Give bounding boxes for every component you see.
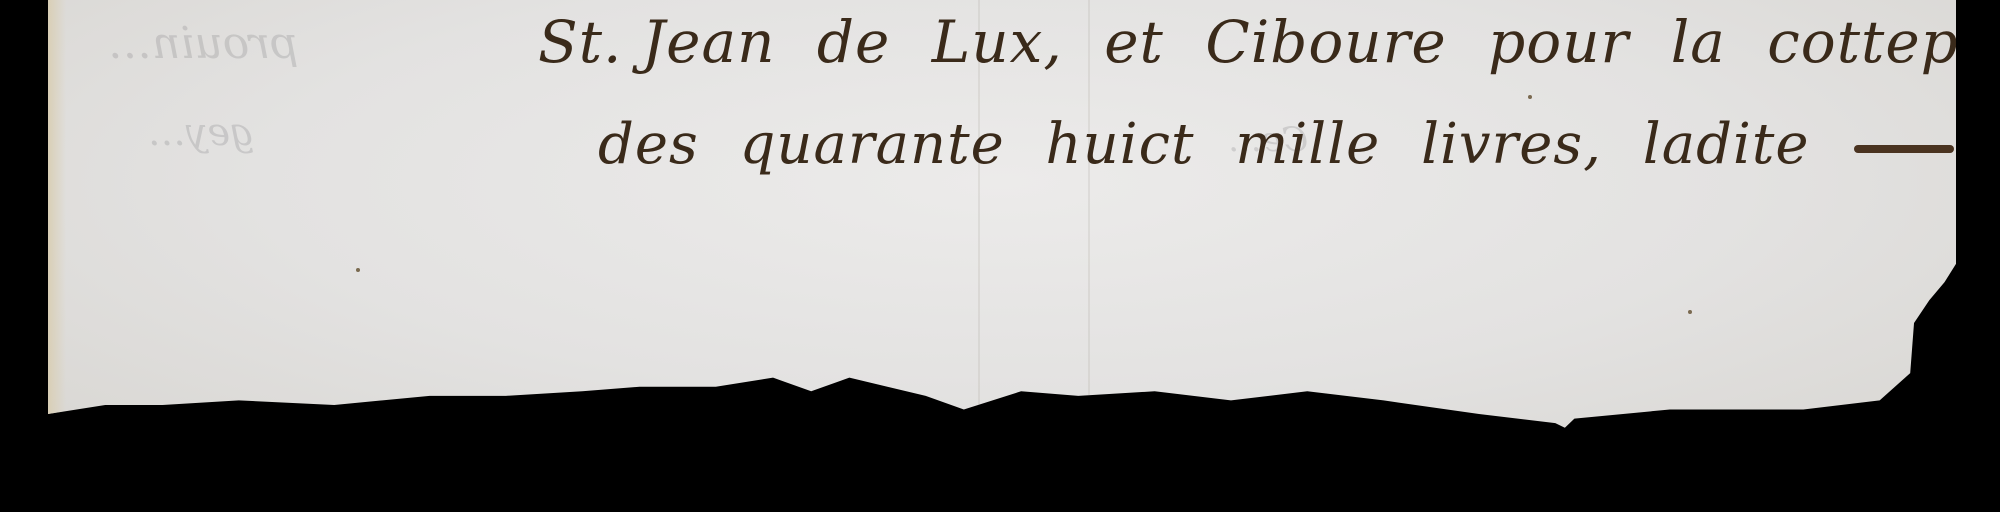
word: ladite [1643,112,1810,177]
line-filler-dash [1854,145,1954,153]
word: mille [1235,112,1380,177]
paper-speck [1688,310,1692,314]
word: quarante [740,112,1005,177]
manuscript-line-2: des quarante huict mille livres, ladite [598,112,1954,177]
word: Ciboure [1205,8,1446,76]
word: et [1104,8,1164,76]
paper-speck [356,268,360,272]
word: cottepart [1767,8,2000,76]
manuscript-line-1: St. Jean de Lux, et Ciboure pour la cott… [538,8,2000,76]
word: livres, [1421,112,1602,177]
paper-speck [1528,95,1532,99]
word: des [598,112,699,177]
scanned-page: prouin… gey… Ce… St. Jean de Lux, et Cib… [0,0,2000,512]
word: huict [1046,112,1195,177]
word: de [817,8,890,76]
paper-sheet: prouin… gey… Ce… St. Jean de Lux, et Cib… [48,0,1956,455]
word: St. Jean [538,8,775,76]
word: pour [1488,8,1629,76]
paper-left-edge [48,0,66,455]
word: Lux, [932,8,1063,76]
bleed-through-text: gey… [148,110,254,154]
word: la [1671,8,1726,76]
bleed-through-text: prouin… [108,18,298,69]
